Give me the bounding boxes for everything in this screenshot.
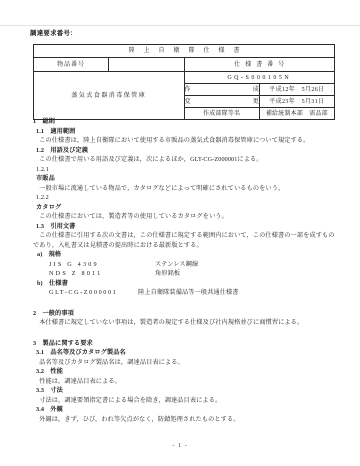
scan-edge-line xyxy=(0,25,360,26)
procurement-request-number-label: 調達要求番号： xyxy=(30,28,77,37)
doc-line-ref: NDS Z 8011角形銘板 xyxy=(49,269,335,279)
doc-line-sec: 1 総則 xyxy=(33,117,335,127)
doc-line-sub: 1.1 適用範囲 xyxy=(36,127,335,137)
changed-date: 平成23年 5月31日 xyxy=(259,96,334,108)
doc-line-p: 性能は，調達品目表による。 xyxy=(33,377,335,387)
doc-line-gap xyxy=(33,328,335,339)
item-name: 蒸気式食器消毒保管庫 xyxy=(34,72,185,120)
created-date: 平成12年 5月26日 xyxy=(259,84,334,96)
doc-line-sub: 1.2 用語及び定義 xyxy=(36,146,335,156)
doc-line-ref: JIS G 4309ステンレス鋼線 xyxy=(49,260,335,270)
doc-line-sec: 2 一般的事項 xyxy=(33,309,335,319)
doc-line-sub: 3.4 外観 xyxy=(36,405,335,415)
doc-line-p: 外観は，きず，ひび，われ等欠点がなく，防錆処理されたものとする。 xyxy=(33,415,335,425)
spec-number-value: GQ-S000105N xyxy=(184,72,335,84)
doc-line-sec: 3 製品に関する要求 xyxy=(33,339,335,349)
doc-line-sub: 1.3 引用文書 xyxy=(36,222,335,232)
spec-number-label: 仕様書番号 xyxy=(184,58,335,72)
doc-line-ref2: GLT-CG-Z000001陸上自衛隊装備品等一般共通仕様書 xyxy=(49,288,335,298)
doc-line-sub: 3.1 品名等及びカタログ製品名 xyxy=(36,348,335,358)
reference-description: 陸上自衛隊装備品等一般共通仕様書 xyxy=(138,288,239,298)
doc-line-p: この仕様書に引用する次の文書は，この仕様書に規定する範囲内において，この仕様書の… xyxy=(33,231,335,250)
doc-line-num: 1.2.2 xyxy=(36,193,335,203)
document-page: 調達要求番号： 陸上自衛隊仕様書 物品番号 仕様書番号 蒸気式食器消毒保管庫 G… xyxy=(0,0,360,466)
page-number: - 1 - xyxy=(0,442,360,449)
doc-line-p: 品名等及びカタログ製品名は，調達品目表による。 xyxy=(33,358,335,368)
spec-header-table: 陸上自衛隊仕様書 物品番号 仕様書番号 蒸気式食器消毒保管庫 GQ-S00010… xyxy=(33,44,335,120)
document-title: 陸上自衛隊仕様書 xyxy=(34,45,335,58)
doc-line-p: 本仕様書に規定していない事項は，製造者の規定する仕様及び社内規格並びに商慣習によ… xyxy=(33,318,335,328)
doc-line-sub: 3.3 寸法 xyxy=(36,386,335,396)
doc-line-p: 一般市場に流通している物品で，カタログなどによって明確にされているものをいう。 xyxy=(33,184,335,194)
reference-code: JIS G 4309 xyxy=(49,260,155,270)
doc-line-p: 寸法は，調達要領指定書による場合を除き，調達品目表による。 xyxy=(33,396,335,406)
item-number-label: 物品番号 xyxy=(34,58,109,72)
changed-label: 変更 xyxy=(184,96,259,108)
doc-line-gap xyxy=(33,298,335,309)
reference-description: ステンレス鋼線 xyxy=(155,260,198,270)
doc-line-p: この仕様書においては，製造者等の使用しているカタログをいう。 xyxy=(33,212,335,222)
doc-line-item: b) 仕様書 xyxy=(37,279,335,289)
reference-code: GLT-CG-Z000001 xyxy=(49,288,138,298)
doc-line-p: この仕様書は，陸上自衛隊において使用する市販品の蒸気式食器消毒保管庫について規定… xyxy=(33,136,335,146)
doc-line-sub: 3.2 性能 xyxy=(36,367,335,377)
reference-description: 角形銘板 xyxy=(155,269,180,279)
document-body: 1 総則1.1 適用範囲この仕様書は，陸上自衛隊において使用する市販品の蒸気式食… xyxy=(33,117,335,424)
doc-line-term: 市販品 xyxy=(36,174,335,184)
doc-line-p: この仕様書で用いる用語及び定義は，次によるほか，GLT-CG-Z000001によ… xyxy=(33,155,335,165)
item-number-value xyxy=(109,58,184,72)
doc-line-num: 1.2.1 xyxy=(36,165,335,175)
reference-code: NDS Z 8011 xyxy=(49,269,155,279)
doc-line-item: a) 規格 xyxy=(37,250,335,260)
doc-line-term: カタログ xyxy=(36,203,335,213)
created-label: 作成 xyxy=(184,84,259,96)
